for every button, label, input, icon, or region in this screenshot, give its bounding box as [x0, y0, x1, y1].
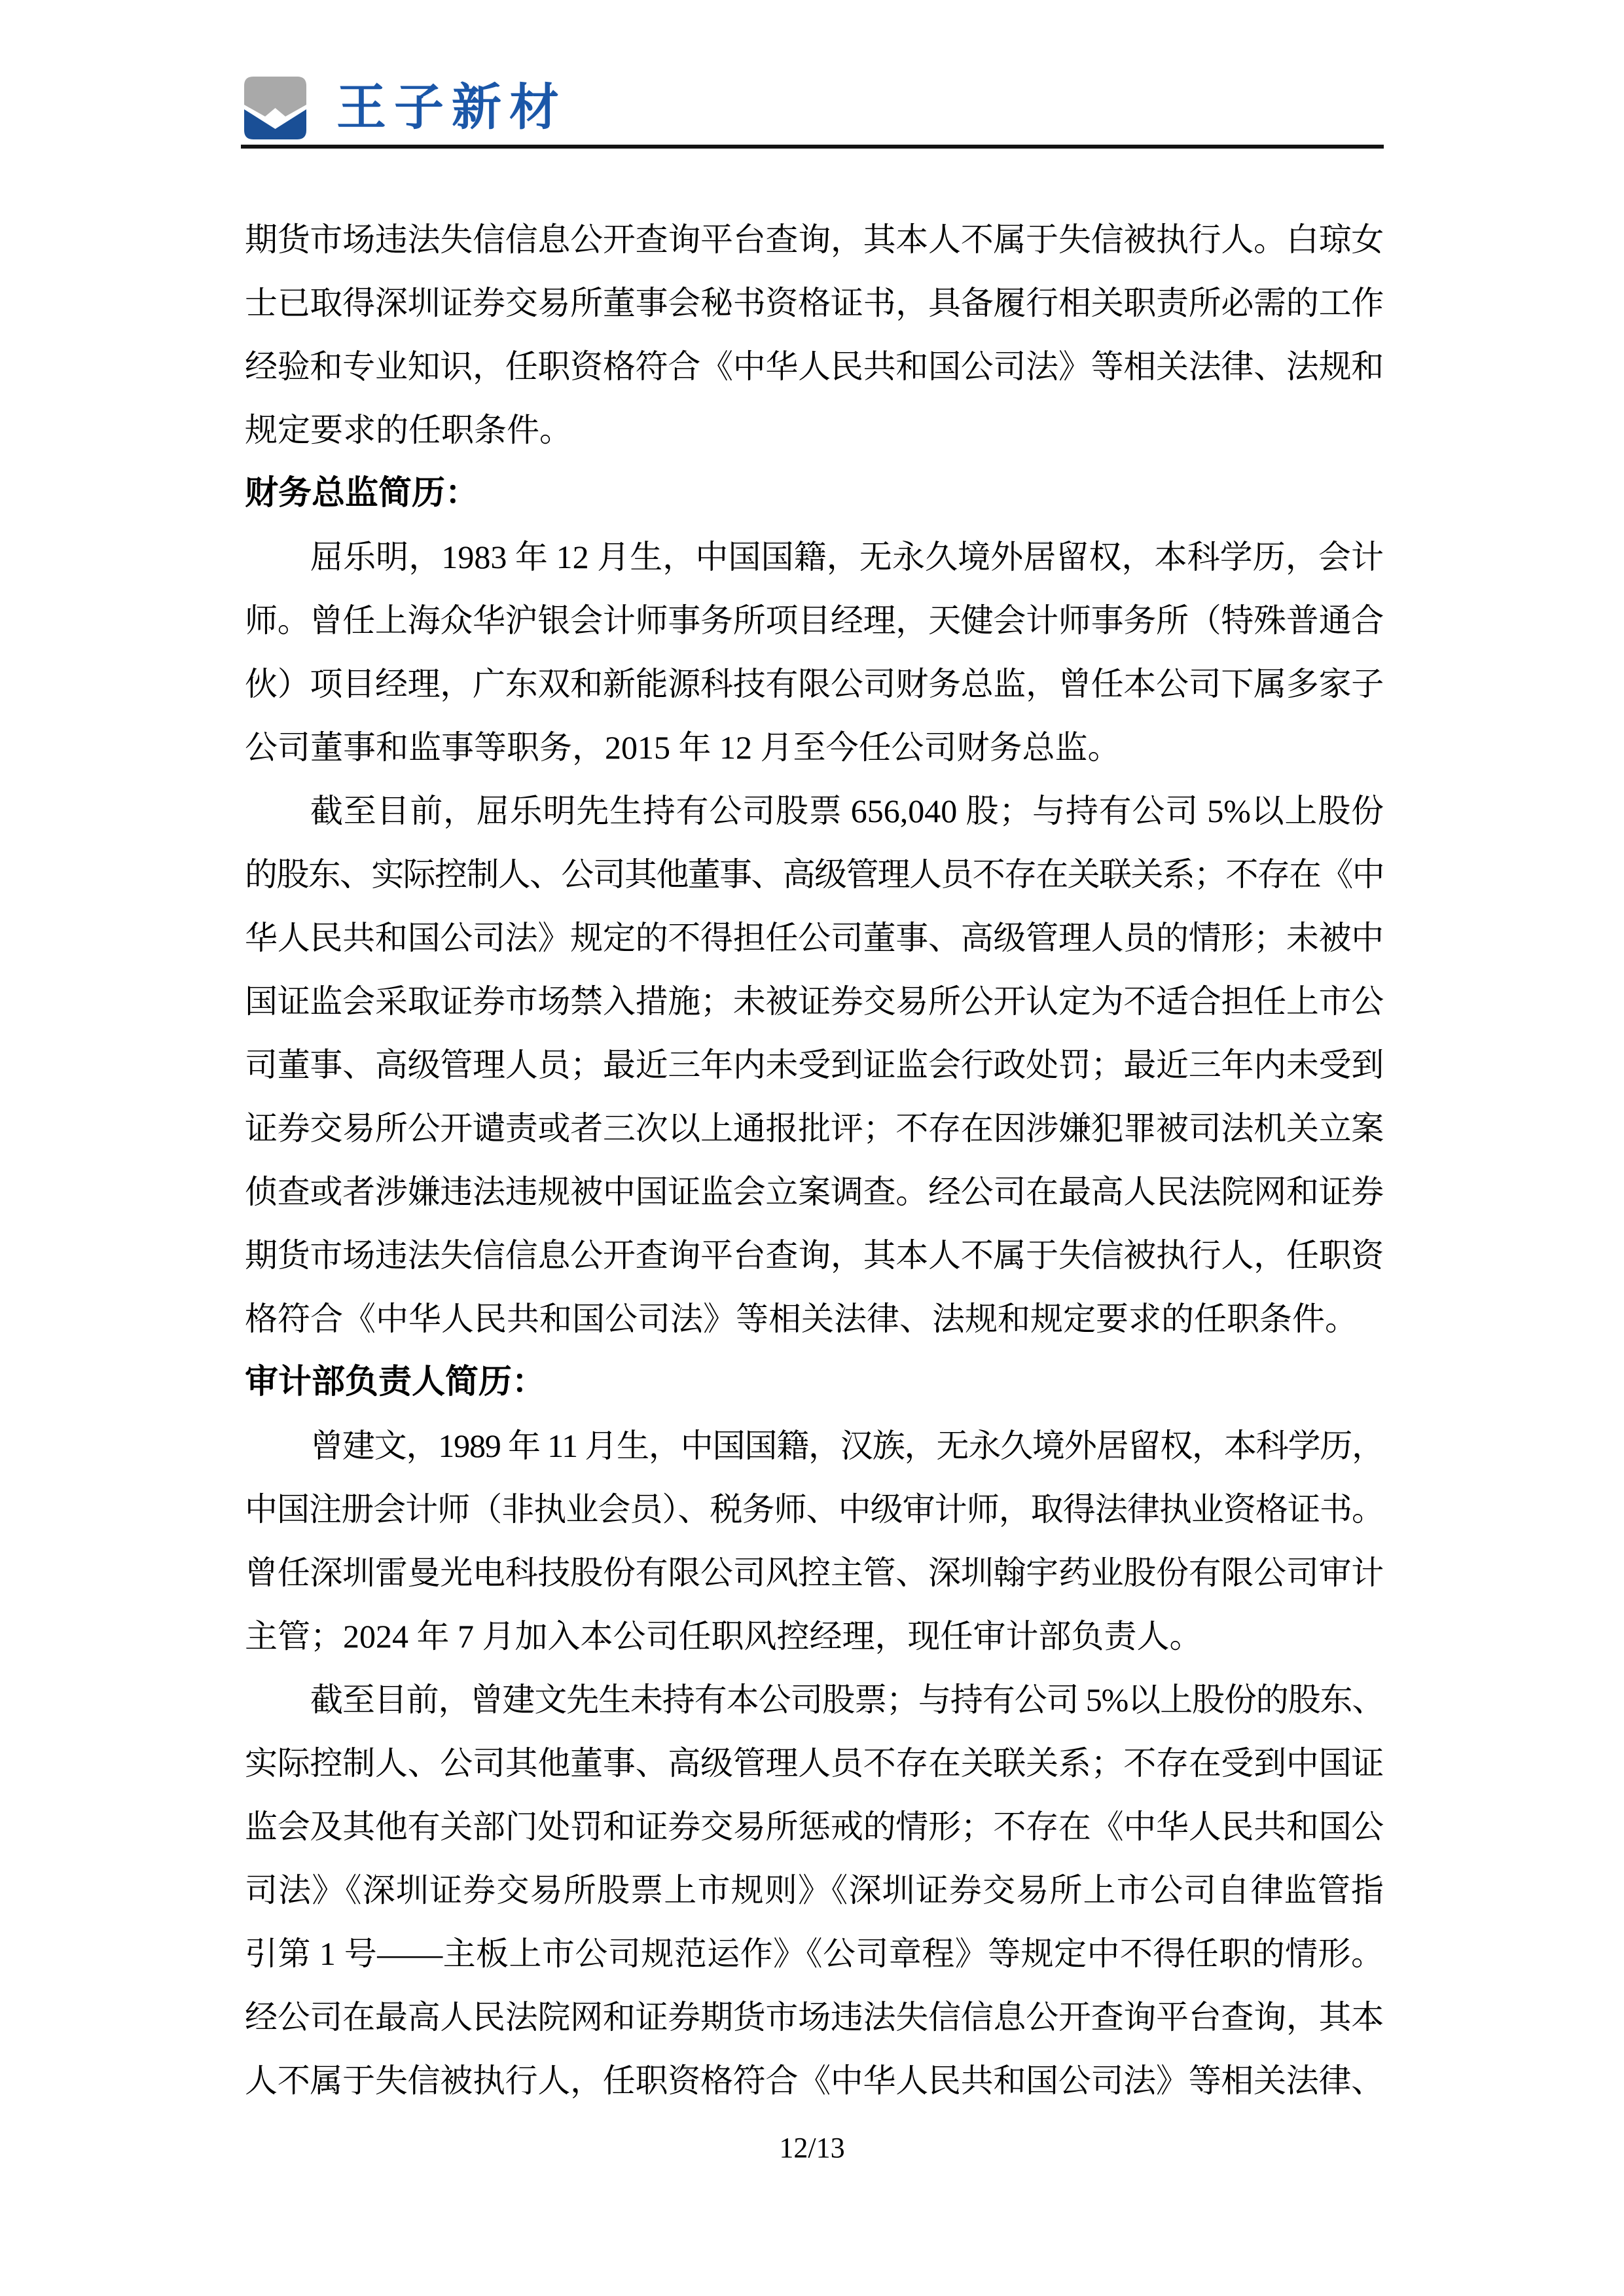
text-line: 规定要求的任职条件。 [245, 399, 1384, 462]
page-number: 12/13 [0, 2128, 1624, 2168]
text-line: 经公司在最高人民法院网和证券期货市场违法失信信息公开查询平台查询，其本 [245, 1986, 1384, 2049]
text-line: 人不属于失信被执行人，任职资格符合《中华人民共和国公司法》等相关法律、 [245, 2049, 1384, 2113]
text-line: 公司董事和监事等职务，2015 年 12 月至今任公司财务总监。 [245, 716, 1384, 780]
paragraph-cfo-bio: 屈乐明，1983 年 12 月生，中国国籍，无永久境外居留权，本科学历，会计师。… [245, 526, 1384, 780]
paragraph-audit-bio: 曾建文，1989 年 11 月生，中国国籍，汉族，无永久境外居留权，本科学历，中… [245, 1414, 1384, 1668]
text-line: 期货市场违法失信信息公开查询平台查询，其本人不属于失信被执行人，任职资 [245, 1224, 1384, 1287]
heading-cfo-resume: 财务总监简历： [245, 462, 1384, 526]
text-line: 引第 1 号——主板上市公司规范运作》《公司章程》等规定中不得任职的情形。 [245, 1922, 1384, 1986]
document-page: { "theme": { "brand": "#1b57a8", "logo-g… [0, 0, 1624, 2296]
text-line: 证券交易所公开谴责或者三次以上通报批评；不存在因涉嫌犯罪被司法机关立案 [245, 1097, 1384, 1160]
text-line: 司董事、高级管理人员；最近三年内未受到证监会行政处罚；最近三年内未受到 [245, 1033, 1384, 1097]
heading-audit-head-resume: 审计部负责人简历： [245, 1351, 1384, 1414]
document-body: 期货市场违法失信信息公开查询平台查询，其本人不属于失信被执行人。白琼女士已取得深… [245, 208, 1384, 2113]
text-line: 士已取得深圳证券交易所董事会秘书资格证书，具备履行相关职责所必需的工作 [245, 272, 1384, 335]
text-line: 侦查或者涉嫌违法违规被中国证监会立案调查。经公司在最高人民法院网和证券 [245, 1160, 1384, 1224]
text-line: 截至目前，曾建文先生未持有本公司股票；与持有公司 5%以上股份的股东、 [245, 1668, 1384, 1732]
text-line: 国证监会采取证券市场禁入措施；未被证券交易所公开认定为不适合担任上市公 [245, 970, 1384, 1033]
paragraph-cfo-holdings: 截至目前，屈乐明先生持有公司股票 656,040 股；与持有公司 5%以上股份的… [245, 780, 1384, 1351]
text-line: 师。曾任上海众华沪银会计师事务所项目经理，天健会计师事务所（特殊普通合 [245, 589, 1384, 653]
page-header: 王子新材 [244, 77, 567, 139]
text-line: 曾任深圳雷曼光电科技股份有限公司风控主管、深圳翰宇药业股份有限公司审计 [245, 1541, 1384, 1605]
company-logo-text: 王子新材 [336, 77, 567, 139]
text-line: 截至目前，屈乐明先生持有公司股票 656,040 股；与持有公司 5%以上股份 [245, 780, 1384, 843]
company-logo-icon [244, 77, 306, 139]
text-line: 经验和专业知识，任职资格符合《中华人民共和国公司法》等相关法律、法规和 [245, 335, 1384, 399]
text-line: 曾建文，1989 年 11 月生，中国国籍，汉族，无永久境外居留权，本科学历， [245, 1414, 1384, 1478]
text-line: 实际控制人、公司其他董事、高级管理人员不存在关联关系；不存在受到中国证 [245, 1732, 1384, 1795]
text-line: 伙）项目经理，广东双和新能源科技有限公司财务总监，曾任本公司下属多家子 [245, 653, 1384, 716]
text-line: 屈乐明，1983 年 12 月生，中国国籍，无永久境外居留权，本科学历，会计 [245, 526, 1384, 589]
text-line: 的股东、实际控制人、公司其他董事、高级管理人员不存在关联关系；不存在《中 [245, 843, 1384, 906]
text-line: 中国注册会计师（非执业会员）、税务师、中级审计师，取得法律执业资格证书。 [245, 1478, 1384, 1541]
header-divider [241, 145, 1384, 149]
text-line: 期货市场违法失信信息公开查询平台查询，其本人不属于失信被执行人。白琼女 [245, 208, 1384, 272]
paragraph-audit-holdings: 截至目前，曾建文先生未持有本公司股票；与持有公司 5%以上股份的股东、实际控制人… [245, 1668, 1384, 2113]
paragraph-secretary-continued: 期货市场违法失信信息公开查询平台查询，其本人不属于失信被执行人。白琼女士已取得深… [245, 208, 1384, 462]
text-line: 司法》《深圳证券交易所股票上市规则》《深圳证券交易所上市公司自律监管指 [245, 1859, 1384, 1922]
text-line: 格符合《中华人民共和国公司法》等相关法律、法规和规定要求的任职条件。 [245, 1287, 1384, 1351]
text-line: 监会及其他有关部门处罚和证券交易所惩戒的情形；不存在《中华人民共和国公 [245, 1795, 1384, 1859]
text-line: 主管；2024 年 7 月加入本公司任职风控经理，现任审计部负责人。 [245, 1605, 1384, 1668]
text-line: 华人民共和国公司法》规定的不得担任公司董事、高级管理人员的情形；未被中 [245, 906, 1384, 970]
